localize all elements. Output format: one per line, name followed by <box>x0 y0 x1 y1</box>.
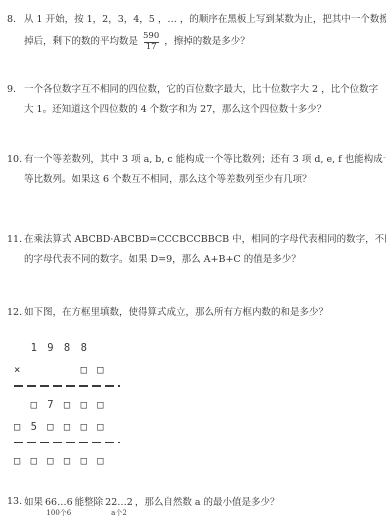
problem-8: 8. 从 1 开始，按 1，2，3，4，5 ，… ，的顺序在黑板上写到某数为止，… <box>0 10 386 54</box>
diagram-rule-bottom <box>14 442 120 444</box>
problem-10-line-2: 等比数列。如果这 6 个数互不相同，那么这个等差数列至少有几项？ <box>24 170 386 190</box>
problem-9-line-1: 一个各位数字互不相同的四位数，它的百位数字最大，比十位数字大 2 ，比个位数字 <box>24 80 386 100</box>
problem-10-line-1: 有一个等差数列，其中 3 项 a, b, c 能构成一个等比数列；还有 3 项 … <box>24 150 386 170</box>
problem-13-text-middle: 能整除 <box>75 496 104 509</box>
problem-13-text-after: ，那么自然数 a 的最小值是多少？ <box>135 496 280 509</box>
repeated-twos-group: 22…2 a个2 <box>105 496 133 518</box>
worksheet-page: { "page": { "background": "#ffffff", "te… <box>0 0 386 527</box>
problem-12-line-1: 如下图，在方框里填数，使得算式成立，那么所有方框内数的和是多少？ <box>24 303 386 323</box>
diagram-multiplicand: 1 9 8 8 <box>14 337 134 359</box>
problem-11: 11. 在乘法算式 ABCBD·ABCBD=CCCBCCBBCB 中，相同的字母… <box>0 230 386 270</box>
problem-9-line-2: 大 1。还知道这个四位数的 4 个数字和为 27，那么这个四位数十多少？ <box>24 100 386 120</box>
multiplication-diagram: 1 9 8 8 × □ □ □ 7 □ □ □ □ 5 □ □ □ □ □ □ … <box>14 337 134 472</box>
problem-10: 10. 有一个等差数列，其中 3 项 a, b, c 能构成一个等比数列；还有 … <box>0 150 386 190</box>
diagram-rule-top <box>14 385 120 387</box>
problem-11-number: 11. <box>0 230 24 250</box>
problem-13-number: 13. <box>0 492 24 512</box>
diagram-partial-product-2: □ 5 □ □ □ □ <box>14 416 134 438</box>
problem-11-text: 在乘法算式 ABCBD·ABCBD=CCCBCCBBCB 中，相同的字母代表相同… <box>24 230 386 270</box>
problem-9-text: 一个各位数字互不相同的四位数，它的百位数字最大，比十位数字大 2 ，比个位数字 … <box>24 80 386 120</box>
repeated-twos-count-label: a个2 <box>111 509 127 518</box>
problem-8-number: 8. <box>0 10 24 30</box>
problem-9-number: 9. <box>0 80 24 100</box>
problem-13-line-1: 如果 66…6 100个6 能整除 22…2 a个2 ，那么自然数 a 的最小值… <box>24 492 386 518</box>
fraction-denominator: 17 <box>144 42 159 53</box>
problem-8-line-2-before: 掉后，剩下的数的平均数是 <box>24 32 138 52</box>
problem-12: 12. 如下图，在方框里填数，使得算式成立，那么所有方框内数的和是多少？ <box>0 303 386 323</box>
problem-8-line-2-after: ，擦掉的数是多少？ <box>164 32 250 52</box>
diagram-multiplier: × □ □ <box>14 359 134 381</box>
diagram-product: □ □ □ □ □ □ <box>14 450 134 472</box>
problem-13-text-before: 如果 <box>24 496 43 509</box>
problem-11-line-2: 的字母代表不同的数字。如果 D=9，那么 A+B+C 的值是多少？ <box>24 250 386 270</box>
problem-13-text: 如果 66…6 100个6 能整除 22…2 a个2 ，那么自然数 a 的最小值… <box>24 492 386 518</box>
repeated-sixes-count-label: 100个6 <box>46 509 71 518</box>
repeated-sixes-group: 66…6 100个6 <box>45 496 73 518</box>
problem-10-text: 有一个等差数列，其中 3 项 a, b, c 能构成一个等比数列；还有 3 项 … <box>24 150 386 190</box>
problem-12-number: 12. <box>0 303 24 323</box>
repeated-twos: 22…2 <box>105 496 133 509</box>
problem-13: 13. 如果 66…6 100个6 能整除 22…2 a个2 ，那么自然数 a … <box>0 492 386 518</box>
problem-8-line-1: 从 1 开始，按 1，2，3，4，5 ，… ，的顺序在黑板上写到某数为止，把其中… <box>24 10 386 30</box>
problem-8-text: 从 1 开始，按 1，2，3，4，5 ，… ，的顺序在黑板上写到某数为止，把其中… <box>24 10 386 54</box>
problem-10-number: 10. <box>0 150 24 170</box>
problem-8-line-2: 掉后，剩下的数的平均数是 590 17 ，擦掉的数是多少？ <box>24 30 386 54</box>
repeated-sixes: 66…6 <box>45 496 73 509</box>
problem-12-text: 如下图，在方框里填数，使得算式成立，那么所有方框内数的和是多少？ <box>24 303 386 323</box>
fraction-590-17: 590 17 <box>141 32 161 53</box>
problem-11-line-1: 在乘法算式 ABCBD·ABCBD=CCCBCCBBCB 中，相同的字母代表相同… <box>24 230 386 250</box>
diagram-partial-product-1: □ 7 □ □ □ <box>14 394 134 416</box>
fraction-numerator: 590 <box>141 32 161 42</box>
problem-9: 9. 一个各位数字互不相同的四位数，它的百位数字最大，比十位数字大 2 ，比个位… <box>0 80 386 120</box>
